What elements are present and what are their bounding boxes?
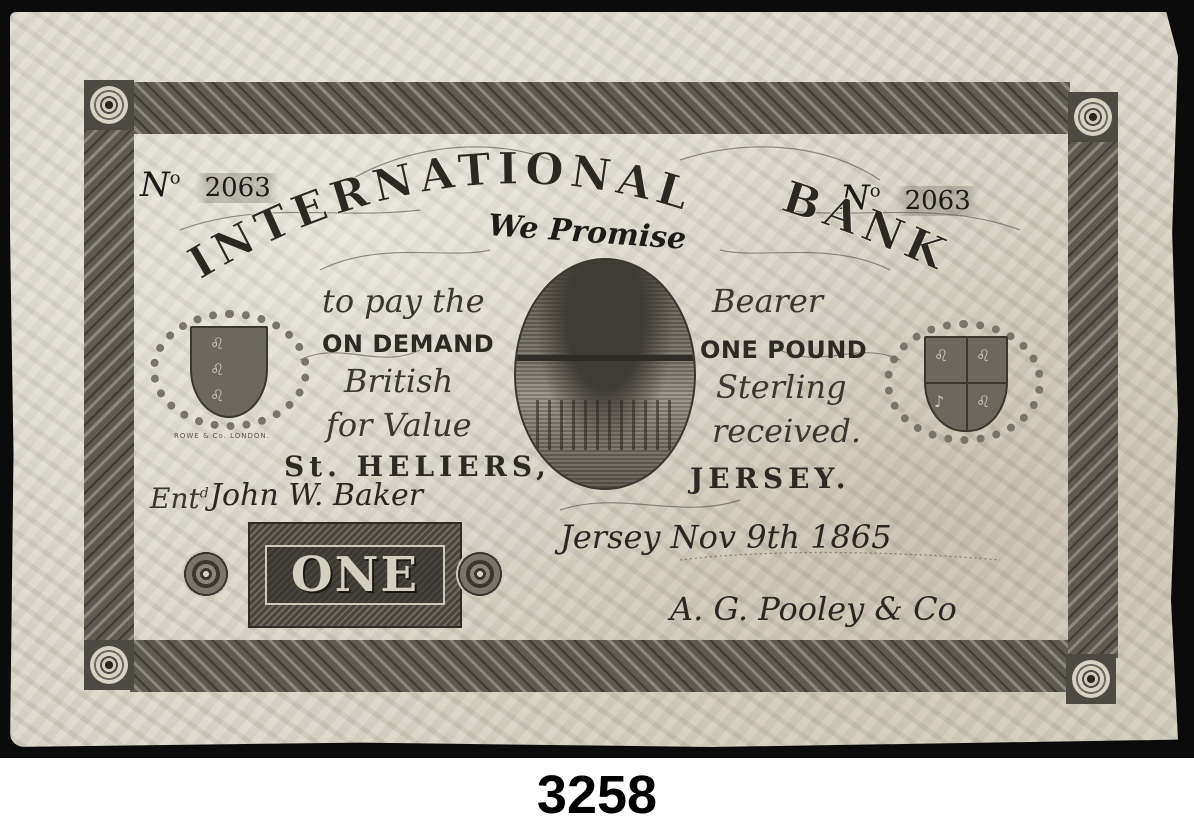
denomination-panel: ONE [248,522,462,628]
lion-icon: ♌ [976,346,990,365]
lion-icon: ♌ [210,360,224,379]
corner-rosette-icon [1066,654,1116,704]
text-received: received. [712,412,861,450]
issuer-signature: A. G. Pooley & Co [670,590,957,628]
border-left [84,128,134,646]
crest-right: ♌ ♌ ♪ ♌ [884,320,1044,444]
entered-label-sup: d [200,486,209,502]
border-bottom [130,640,1070,692]
text-one-pound: ONE POUND [700,336,867,364]
corner-rosette-icon [1068,92,1118,142]
denomination-word: ONE [291,547,419,603]
engraver-imprint: ROWE & Co. LONDON. [174,432,270,440]
text-sterling: Sterling [716,368,847,406]
lion-icon: ♌ [210,386,224,405]
vignette-figures [536,400,676,450]
lion-icon: ♌ [210,334,224,353]
harp-icon: ♪ [934,392,944,411]
text-bearer: Bearer [712,282,823,320]
vignette-bridge [516,355,694,361]
entered-label-text: Ent [150,482,200,515]
bank-name-line2: BANK [776,172,958,282]
serial-prefix-sup: o [170,168,181,189]
vignette-scene [514,258,696,490]
text-on-demand: ON DEMAND [322,330,494,358]
text-to-pay-the: to pay the [322,282,485,320]
crest-left: ♌ ♌ ♌ [150,310,310,430]
corner-rosette-icon [84,80,134,130]
entered-signature: John W. Baker [210,478,423,513]
entered-label: Entd [150,482,209,515]
border-right [1068,140,1118,658]
lot-number: 3258 [0,764,1194,825]
date-handwritten: Jersey Nov 9th 1865 [560,518,892,556]
corner-rosette-icon [84,640,134,690]
rosette-left-icon [182,550,230,598]
text-british: British [344,362,453,400]
serial-prefix: N [140,165,170,205]
rosette-right-icon [456,550,504,598]
lion-icon: ♌ [934,346,948,365]
lion-icon: ♌ [976,392,990,411]
text-for-value: for Value [326,406,472,444]
royal-arms-shield-icon: ♌ ♌ ♪ ♌ [924,336,1008,432]
place-jersey: JERSEY. [690,462,851,495]
